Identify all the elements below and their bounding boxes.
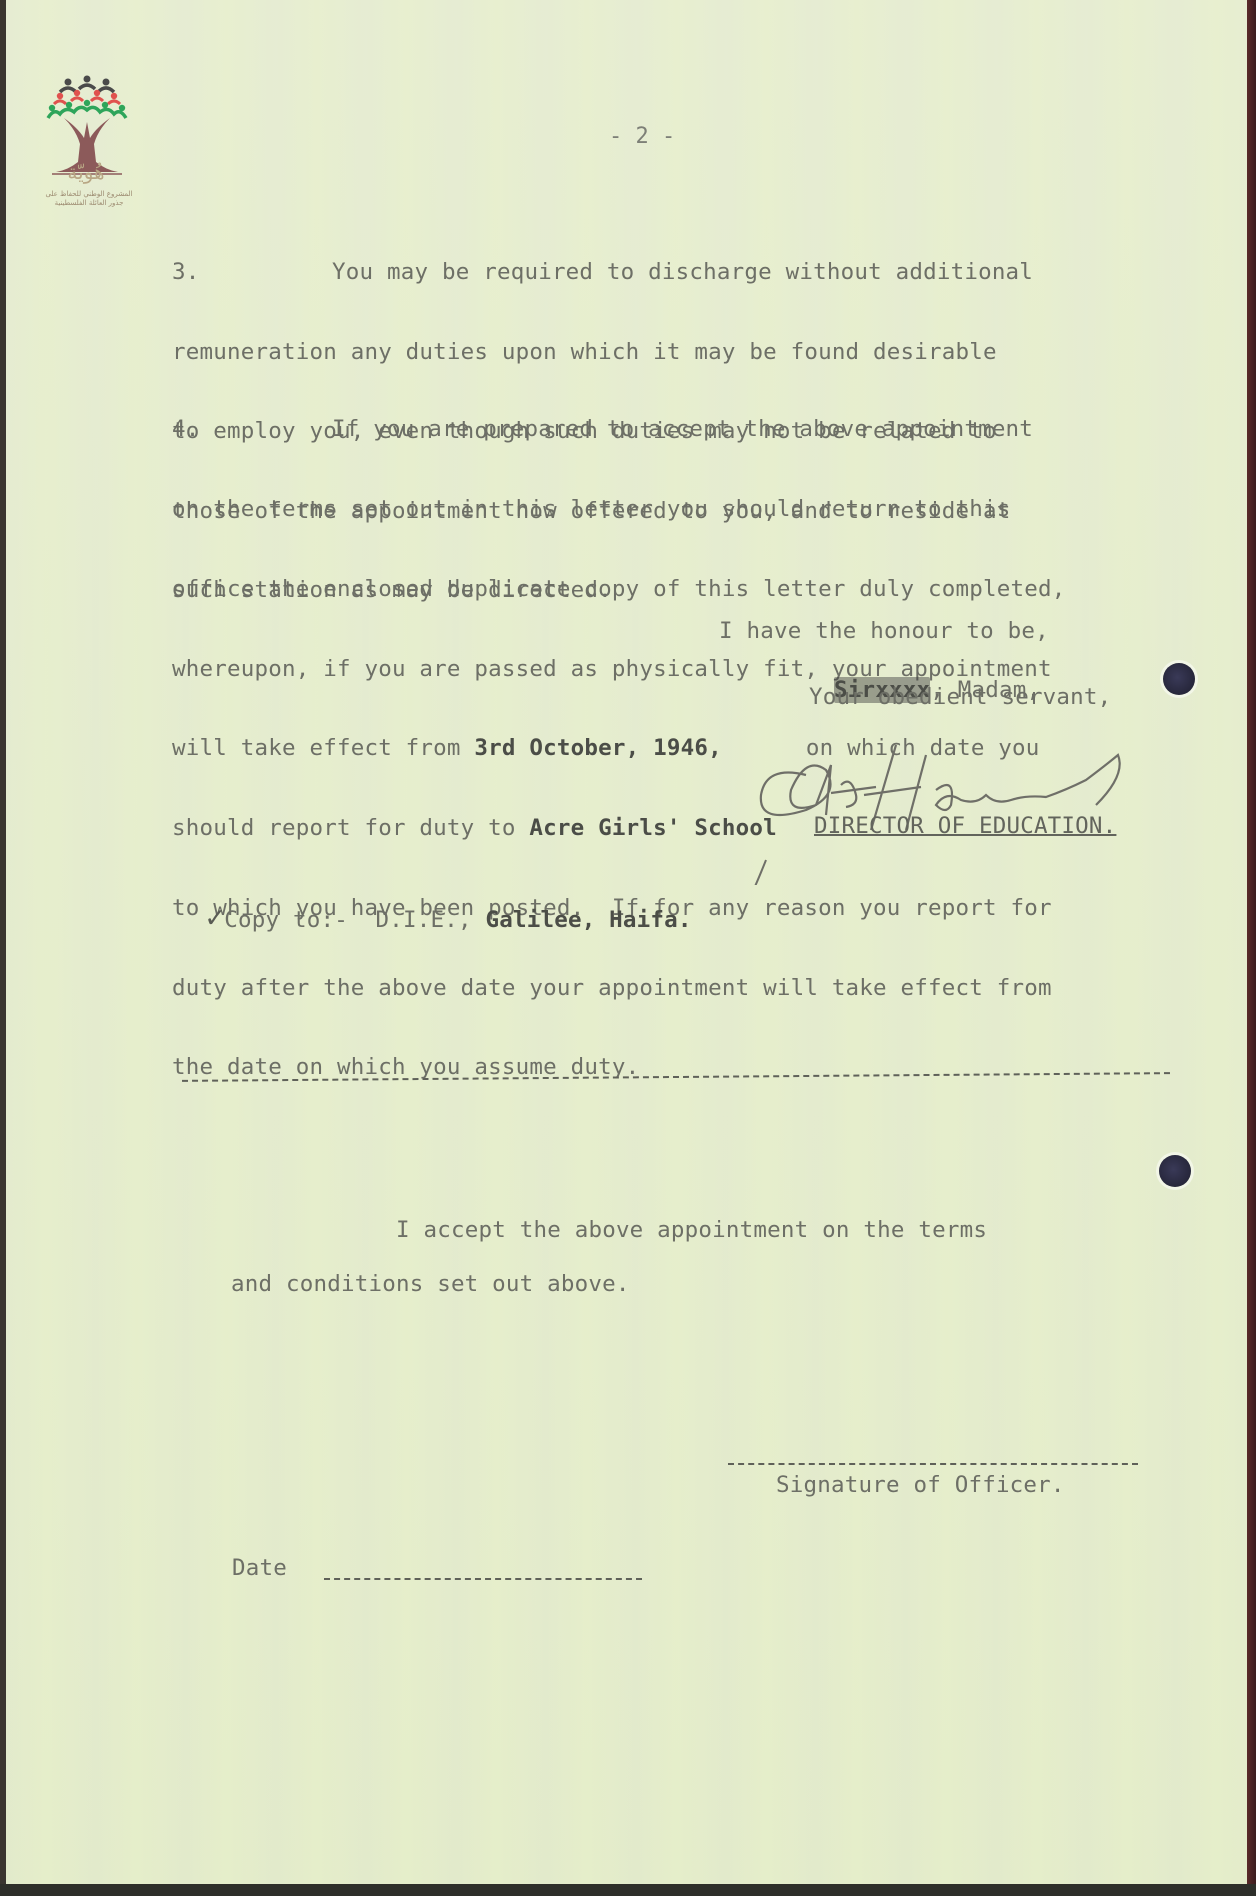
paragraph-3-number: 3. — [172, 259, 332, 286]
copy-to-line: ✓Copy to:- D.I.E., Galilee, Haifa. — [151, 879, 692, 959]
punch-hole-lower — [1159, 1155, 1191, 1187]
paragraph-4-number: 4. — [172, 416, 332, 443]
logo-caption: المشروع الوطني للحفاظ على جذور العائلة ا… — [34, 190, 144, 208]
logo-title: هُويّة — [46, 160, 126, 184]
check-mark-icon: ✓ — [206, 900, 224, 935]
acceptance-line-2: and conditions set out above. — [231, 1271, 630, 1297]
director-title: DIRECTOR OF EDUCATION. — [814, 813, 1116, 839]
closing-line-1: I have the honour to be, — [719, 618, 1049, 644]
paragraph-3-first-line: 3.You may be required to discharge witho… — [172, 259, 1033, 286]
punch-hole-upper — [1163, 663, 1195, 695]
closing-line-3: Your obedient servant, — [809, 684, 1111, 710]
officer-signature-label: Signature of Officer. — [776, 1472, 1065, 1498]
director-signature — [746, 735, 1186, 885]
school-name: Acre Girls' School — [529, 815, 776, 841]
effective-date: 3rd October, 1946, — [474, 735, 721, 761]
page-number: - 2 - — [609, 124, 675, 149]
acceptance-line-1: I accept the above appointment on the te… — [396, 1217, 987, 1243]
page-right-edge — [1247, 0, 1256, 1896]
copy-recipient: Galilee, Haifa. — [485, 907, 691, 933]
page-bottom-edge — [0, 1884, 1256, 1896]
date-label: Date — [232, 1555, 287, 1581]
paragraph-4-first-line: 4.If you are prepared to accept the abov… — [172, 416, 1066, 443]
officer-signature-line — [728, 1463, 1138, 1465]
date-field-line — [324, 1578, 642, 1580]
document-page: هُويّة المشروع الوطني للحفاظ على جذور ال… — [6, 0, 1247, 1886]
